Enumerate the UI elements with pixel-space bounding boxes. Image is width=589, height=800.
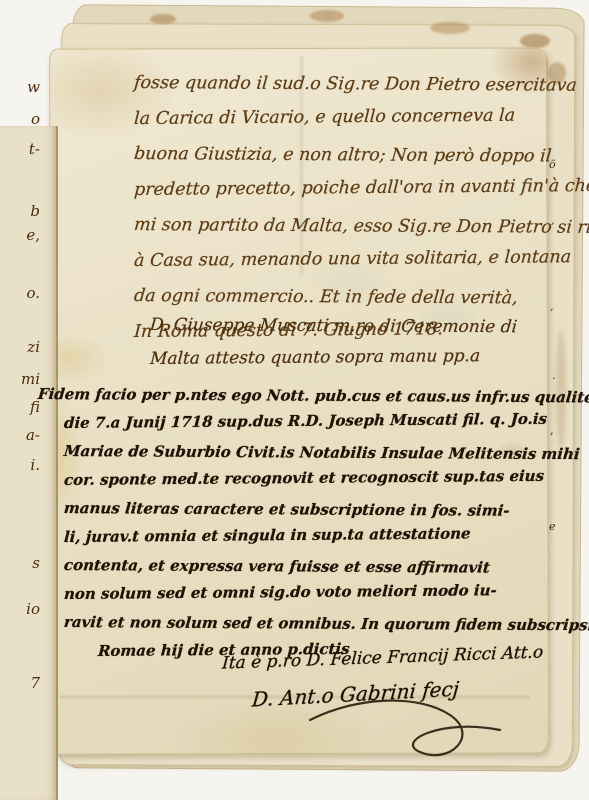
margin-fragment: zi xyxy=(0,340,40,354)
margin-fragment: i. xyxy=(0,458,40,472)
margin-fragment: s xyxy=(0,556,40,570)
manuscript-line: non solum sed et omni sig.do voto melior… xyxy=(63,575,555,608)
attestation-lines: D. Giuseppe Muscati m.ro di Ceremonie di… xyxy=(150,308,560,376)
manuscript-scan: w o t- b e, o. zi mi fi a- i. s io 7 ö ,… xyxy=(0,0,589,800)
manuscript-line: Malta attesto quanto sopra manu pp.a xyxy=(149,338,561,376)
margin-fragment: a- xyxy=(0,428,40,442)
latin-notarial-paragraph: Fidem facio per p.ntes ego Nott. pub.cus… xyxy=(64,380,554,665)
margin-fragment: e, xyxy=(0,228,40,242)
margin-fragment: w xyxy=(0,80,40,94)
manuscript-line: die 7.a Junij 1718 sup.dus R.D. Joseph M… xyxy=(63,404,555,437)
margin-fragment: io xyxy=(0,602,40,616)
manuscript-line: li, jurav.t omnia et singula in sup.ta a… xyxy=(63,518,555,551)
margin-fragment: fi xyxy=(0,400,40,414)
manuscript-line: cor. sponte med.te recognovit et recogno… xyxy=(63,461,555,494)
margin-fragment: b xyxy=(0,204,40,218)
margin-fragment: t- xyxy=(0,142,40,156)
margin-fragment: o xyxy=(0,112,40,126)
manuscript-line: la Carica di Vicario, e quello concernev… xyxy=(133,98,555,137)
margin-fragment: mi xyxy=(0,372,40,386)
margin-fragment: 7 xyxy=(0,676,40,690)
margin-fragment: o. xyxy=(0,286,40,300)
manuscript-line: à Casa sua, menando una vita solitaria, … xyxy=(133,240,555,279)
manuscript-line: predetto precetto, poiche dall'ora in av… xyxy=(133,169,555,208)
